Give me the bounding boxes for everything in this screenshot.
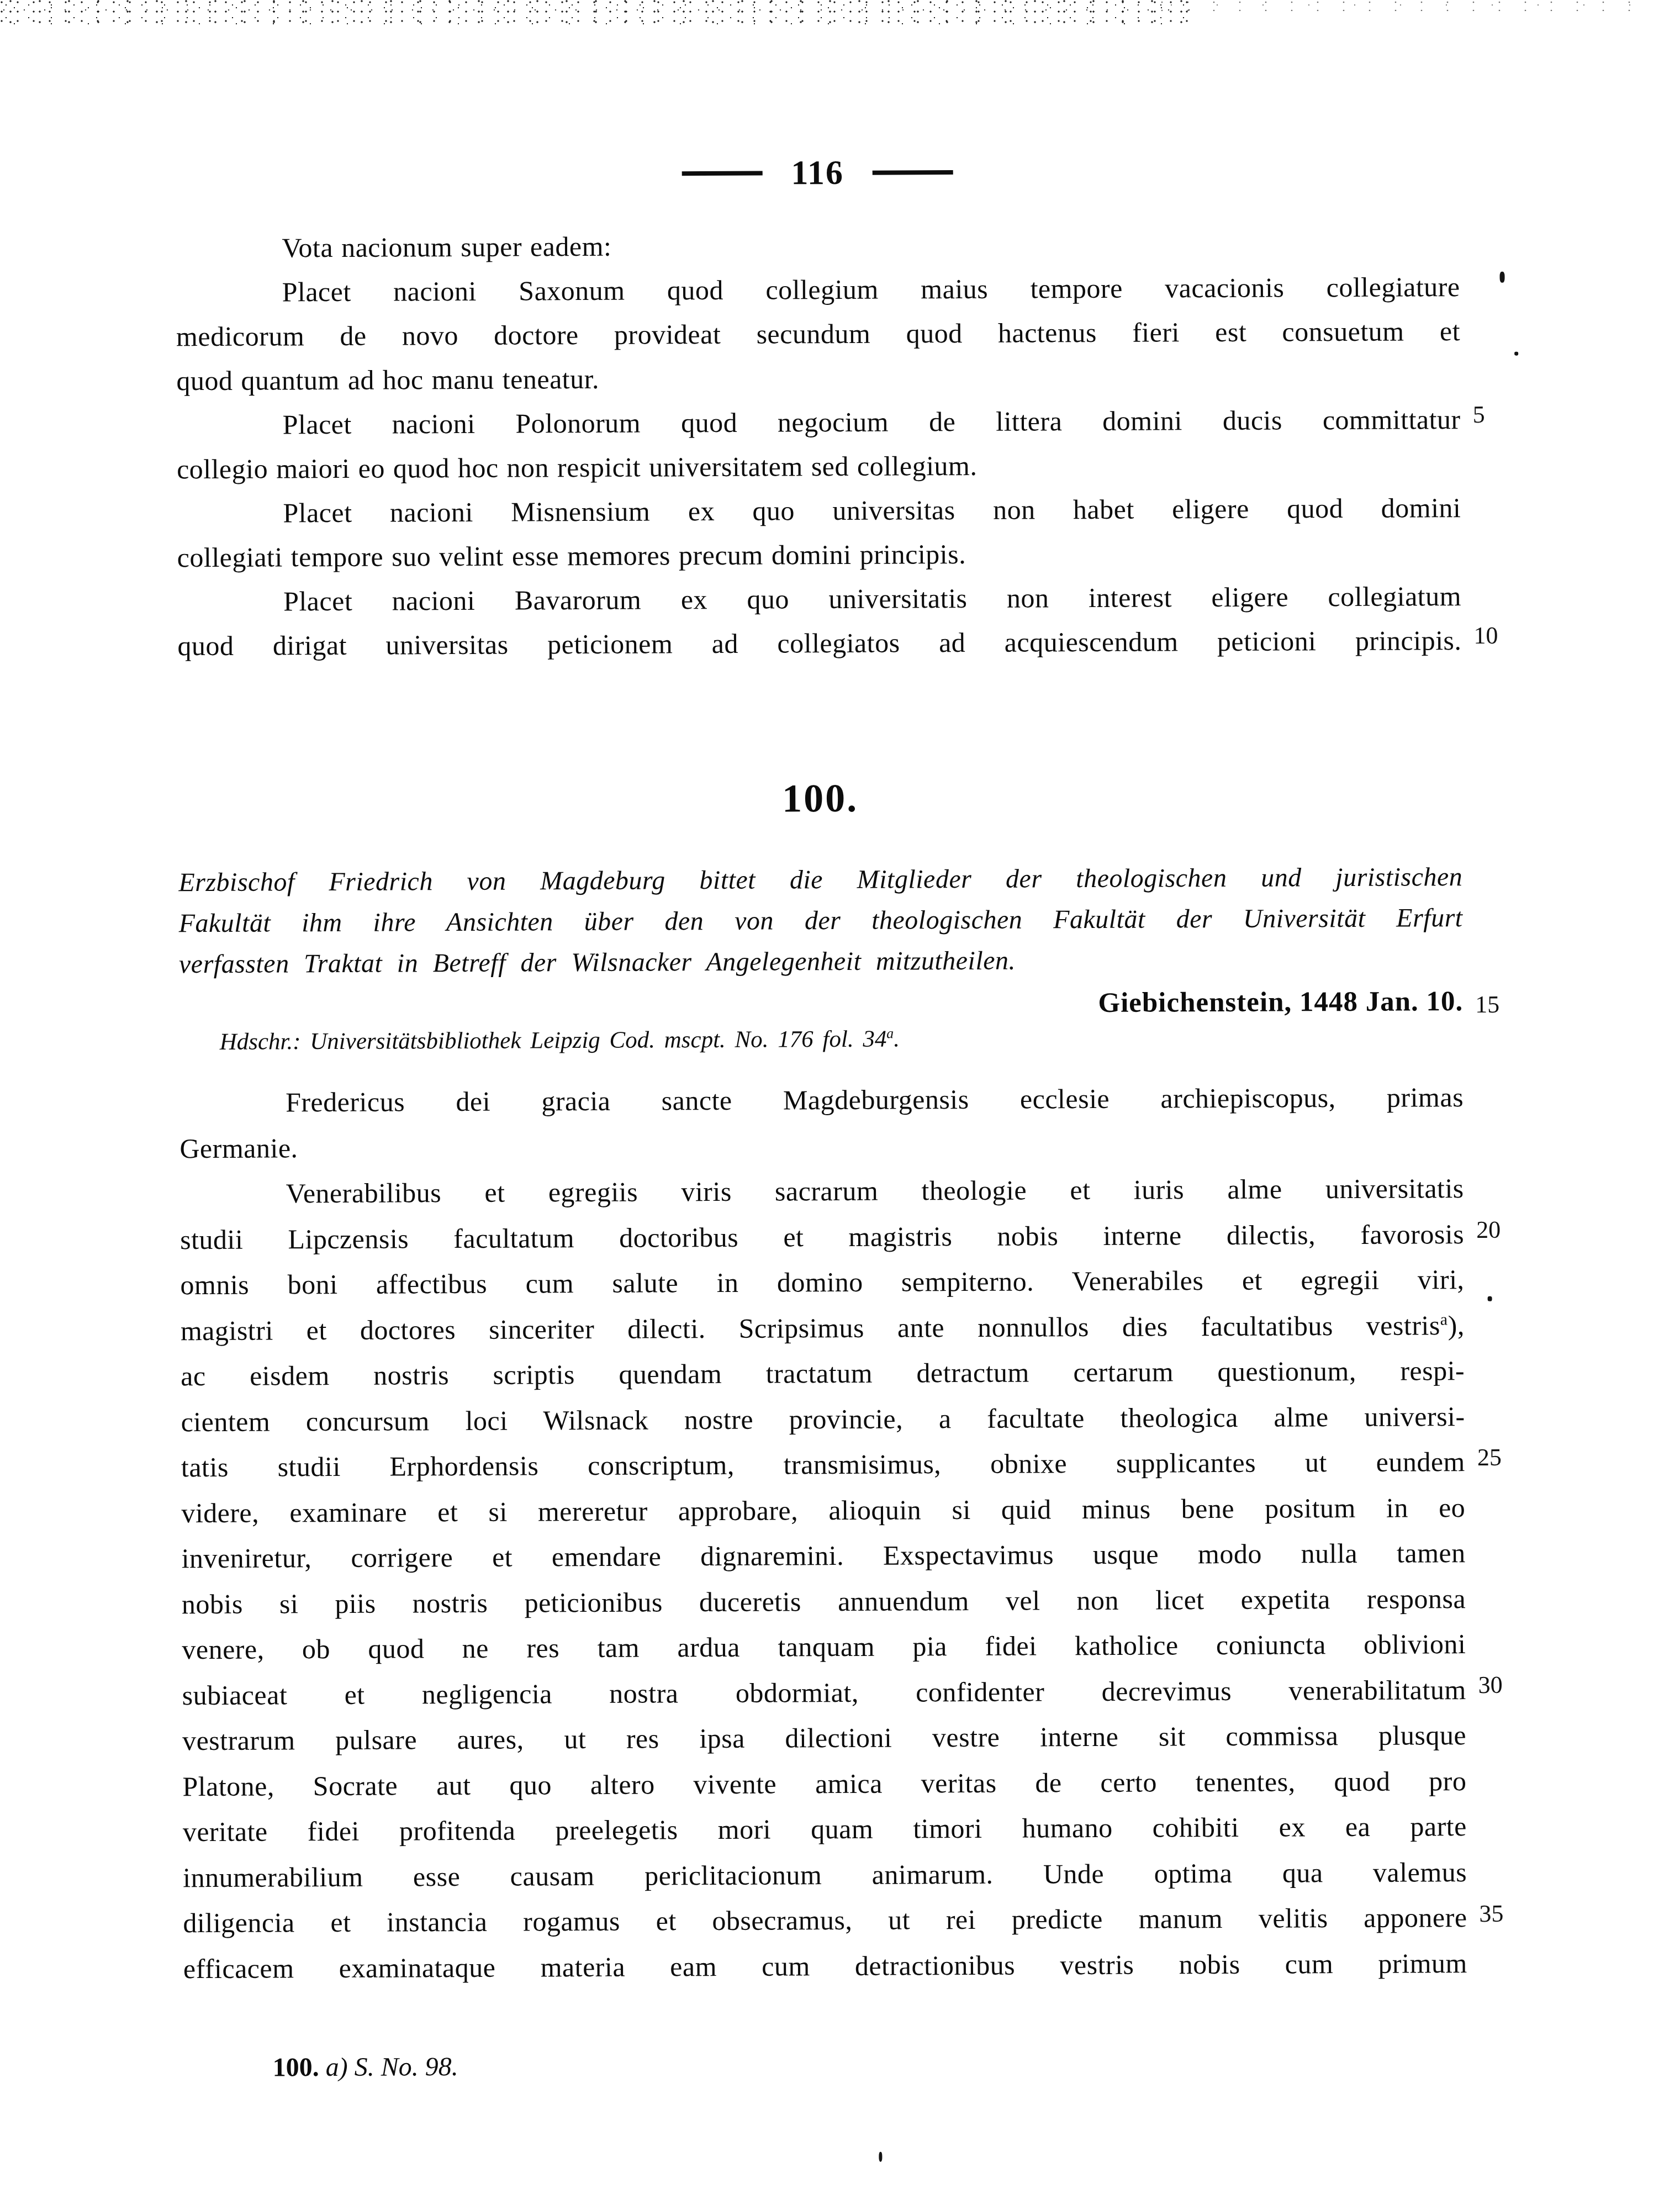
vota-section: Vota nacionum super eadem: Placet nacion…: [176, 220, 1461, 668]
text-line: ac eisdem nostris scriptis quendam tract…: [181, 1348, 1465, 1399]
text-line: Erzbischof Friedrich von Magdeburg bitte…: [178, 857, 1462, 903]
book-page: 116 Vota nacionum super eadem: Placet na…: [0, 0, 1680, 2189]
text-line: nobis si piis nostris peticionibus ducer…: [182, 1576, 1466, 1627]
text-line: diligencia et instancia rogamus et obsec…: [183, 1895, 1467, 1946]
text-line: cientem concursum loci Wilsnack nostre p…: [181, 1394, 1465, 1445]
margin-line-number-25: 25: [1477, 1443, 1527, 1472]
margin-line-number-10: 10: [1473, 621, 1523, 650]
footnote-number: 100.: [273, 2053, 319, 2082]
footnote-marker-a: a: [1440, 1310, 1448, 1328]
text-segment: ),: [1448, 1310, 1465, 1341]
footnote: 100. a) S. No. 98.: [273, 2051, 458, 2083]
text-line: Venerabilibus et egregiis viris sacrarum…: [180, 1165, 1464, 1217]
source-note-text: Hdschr.: Universitätsbibliothek Leipzig …: [219, 1026, 886, 1055]
text-line: magistri et doctores sinceriter dilecti.…: [181, 1302, 1465, 1354]
footnote-text: a) S. No. 98.: [326, 2052, 458, 2082]
text-line: Fredericus dei gracia sancte Magdeburgen…: [179, 1074, 1464, 1126]
letter-body: Fredericus dei gracia sancte Magdeburgen…: [179, 1074, 1467, 1991]
manuscript-source-note: Hdschr.: Universitätsbibliothek Leipzig …: [219, 1021, 1434, 1058]
text-line: omnis boni affectibus cum salute in domi…: [180, 1257, 1464, 1308]
dateline: Giebichenstein, 1448 Jan. 10.: [179, 984, 1463, 1025]
text-line: subiaceat et negligencia nostra obdormia…: [182, 1667, 1466, 1718]
text-line: quod dirigat universitas peticionem ad c…: [177, 618, 1461, 668]
text-line: Vota nacionum super eadem:: [176, 220, 1460, 270]
text-segment: magistri et doctores sinceriter dilecti.…: [181, 1310, 1440, 1346]
margin-line-number-30: 30: [1478, 1671, 1528, 1700]
ink-speck: [879, 2152, 882, 2162]
text-line: tatis studii Erphordensis conscriptum, t…: [181, 1439, 1465, 1490]
text-line: studii Lipczensis facultatum doctoribus …: [180, 1211, 1464, 1263]
text-line: Germanie.: [179, 1120, 1464, 1172]
header-rule-left: [681, 171, 762, 176]
text-line: Placet nacioni Saxonum quod collegium ma…: [176, 265, 1460, 314]
text-line: videre, examinare et si mereretur approb…: [181, 1485, 1465, 1536]
text-line: vestrarum pulsare aures, ut res ipsa dil…: [182, 1712, 1466, 1764]
page-header: 116: [176, 153, 1460, 193]
text-line: Placet nacioni Bavarorum ex quo universi…: [177, 574, 1461, 624]
text-line: efficacem examinataque materia eam cum d…: [183, 1940, 1467, 1992]
ink-speck: [1488, 1296, 1492, 1301]
text-line: medicorum de novo doctore provideat secu…: [176, 309, 1460, 358]
margin-line-number-20: 20: [1476, 1216, 1526, 1244]
source-note-period: .: [894, 1026, 900, 1052]
text-line: venere, ob quod ne res tam ardua tanquam…: [182, 1621, 1466, 1673]
text-line: Platone, Socrate aut quo altero vivente …: [182, 1758, 1466, 1810]
header-rule-right: [873, 170, 953, 175]
page-number: 116: [791, 156, 844, 190]
superscript-a: a: [886, 1025, 894, 1041]
regest-summary: Erzbischof Friedrich von Magdeburg bitte…: [178, 857, 1463, 985]
margin-line-number-15: 15: [1475, 990, 1525, 1019]
text-line: veritate fidei profitenda preelegetis mo…: [183, 1803, 1467, 1855]
text-line: Placet nacioni Misnensium ex quo univers…: [177, 486, 1461, 535]
text-line: inveniretur, corrigere et emendare digna…: [181, 1530, 1465, 1581]
margin-line-number-5: 5: [1473, 400, 1523, 429]
ink-speck: [1514, 352, 1518, 356]
text-line: quod quantum ad hoc manu teneatur.: [176, 353, 1460, 403]
text-line: Placet nacioni Polonorum quod negocium d…: [177, 397, 1461, 447]
margin-line-number-35: 35: [1479, 1900, 1529, 1928]
text-line: innumerabilium esse causam periclitacion…: [183, 1849, 1467, 1901]
ink-speck: [1500, 272, 1505, 283]
text-line: Fakultät ihm ihre Ansichten über den von…: [178, 898, 1462, 944]
text-line: collegio maiori eo quod hoc non respicit…: [177, 441, 1461, 491]
text-line: verfassten Traktat in Betreff der Wilsna…: [179, 938, 1463, 985]
document-number-heading: 100.: [178, 773, 1462, 824]
text-line: collegiati tempore suo velint esse memor…: [177, 530, 1461, 579]
